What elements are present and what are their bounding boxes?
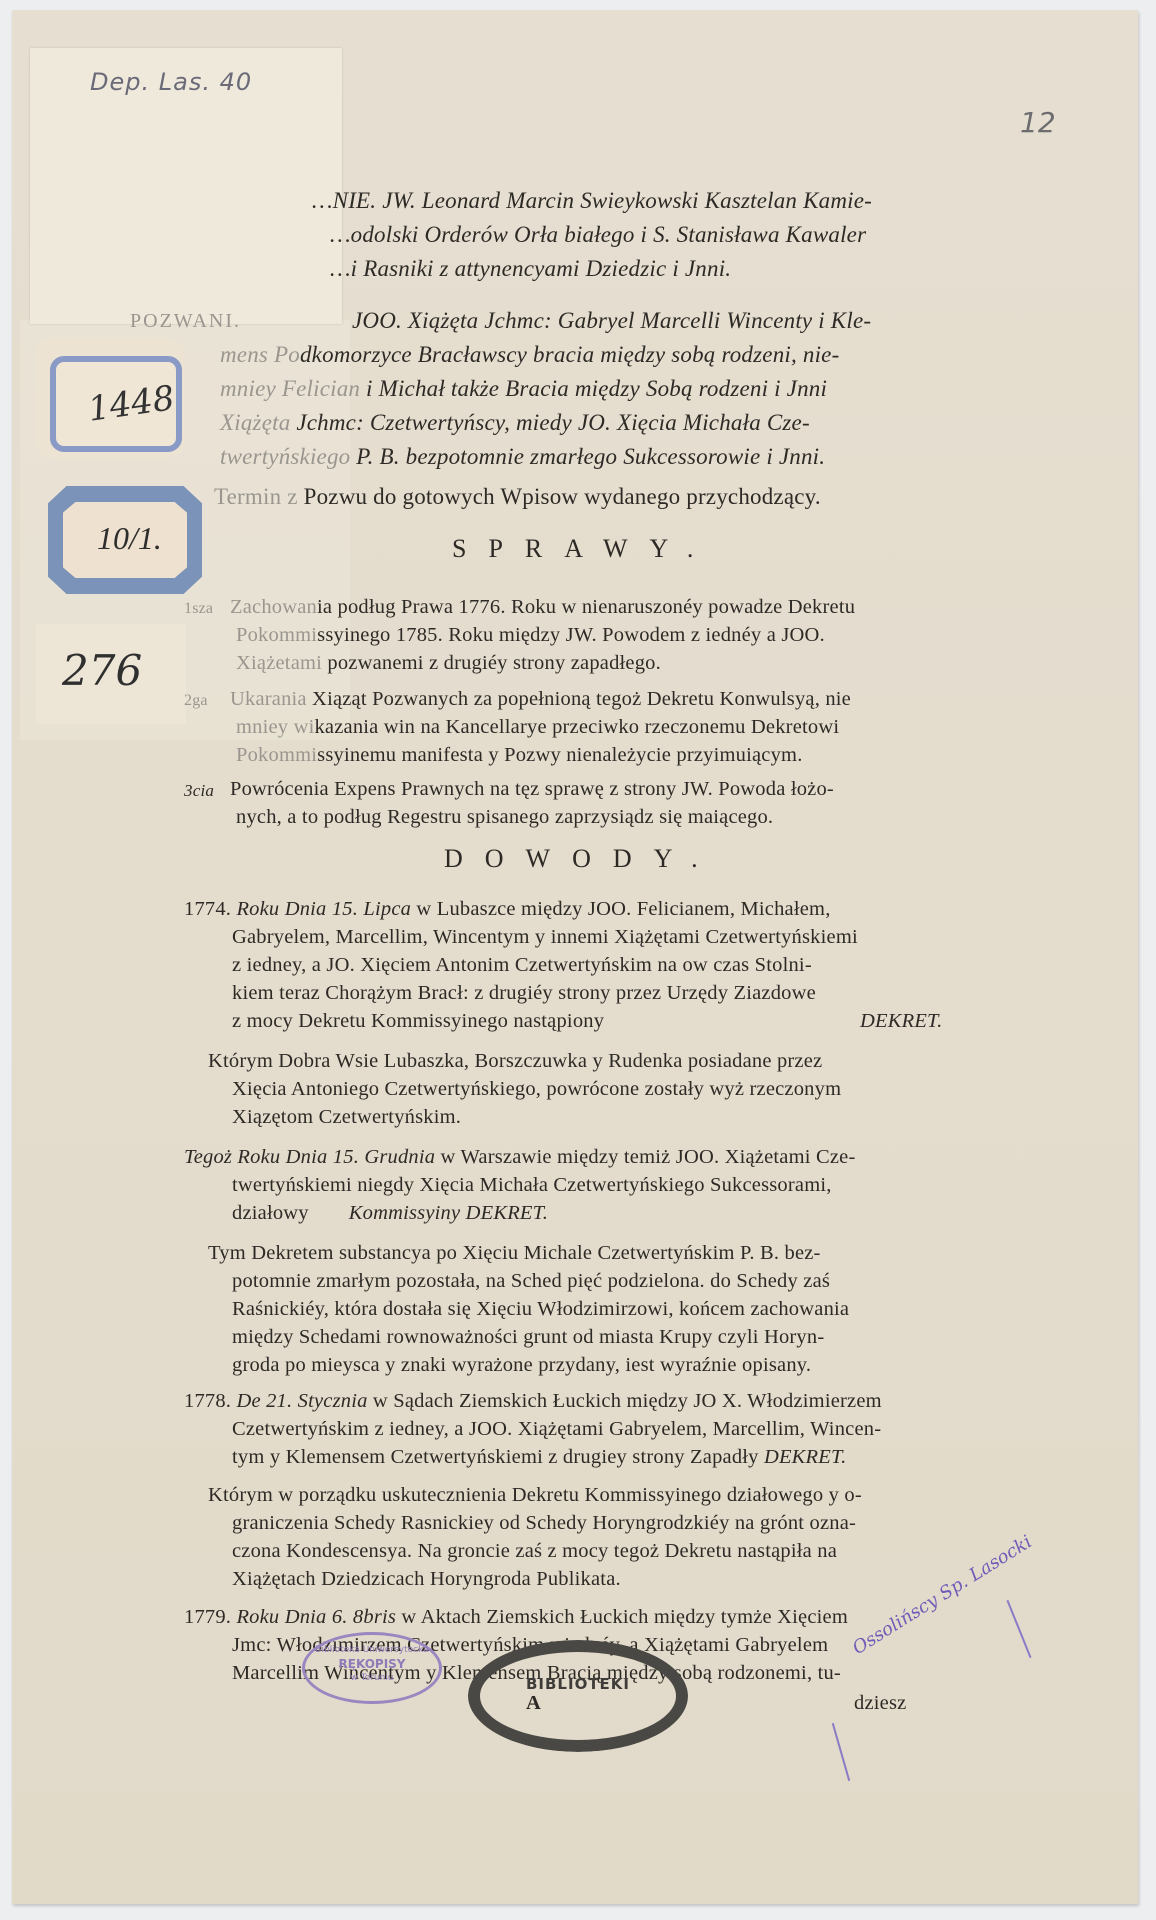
text: w Lubaszce między JOO. Felicianem, Micha… — [411, 898, 830, 920]
date: Roku Dnia 6. 8bris — [236, 1606, 396, 1628]
year: 1779. — [184, 1606, 231, 1628]
section-heading-dowody: DOWODY. — [444, 844, 720, 874]
faded-text: mens Po — [220, 342, 300, 367]
dowod-line: 1774. Roku Dnia 15. Lipca w Lubaszce mię… — [184, 896, 831, 922]
dowod-line: z iedney, a JO. Xięciem Antonim Czetwert… — [232, 952, 812, 978]
text: kazania win na Kancellarye przeciwko rze… — [314, 716, 839, 738]
tag-number: 10/1. — [97, 520, 162, 557]
text: ssyinego 1785. Roku między JW. Powodem z… — [317, 624, 825, 646]
dowod-note: potomnie zmarłym pozostała, na Sched pię… — [232, 1268, 830, 1294]
date: Tegoż Roku Dnia 15. Grudnia — [184, 1146, 435, 1168]
tag-number: 1448 — [86, 378, 177, 430]
faded-text: Xiążęta — [220, 410, 290, 435]
archive-label: Dep. Las. 40 — [30, 48, 342, 324]
dowod-note: graniczenia Schedy Rasnickiey od Schedy … — [232, 1510, 856, 1536]
violet-handwritten-note: Ossolińscy Sp. Lasocki — [849, 1531, 1036, 1659]
plaintiff-line: …NIE. JW. Leonard Marcin Swieykowski Kas… — [312, 188, 872, 214]
sprawa-line: Xiążetami pozwanemi z drugiéy strony zap… — [236, 650, 661, 676]
stamp-text: RĘKOPISY — [305, 1657, 439, 1671]
folio-number: 12 — [1020, 106, 1056, 139]
sprawa-line: Ukarania Xiąząt Pozwanych za popełnioną … — [230, 686, 851, 712]
dowod-note: między Schedami rownoważności grunt od m… — [232, 1324, 824, 1350]
catalog-tag-3: 276 — [36, 624, 186, 724]
defendants-line: twertyńskiego P. B. bezpotomnie zmarłego… — [220, 444, 825, 470]
item-marker: 3cia — [184, 778, 214, 804]
dowod-line: tym y Klemensem Czetwertyńskiemi z drugi… — [232, 1444, 846, 1470]
faded-text: Ukarania — [230, 688, 307, 710]
stamp-text: BIBLIOTEKI — [526, 1675, 630, 1693]
dowod-line: Gabryelem, Marcellim, Wincentym y innemi… — [232, 924, 858, 950]
library-stamp-black: BIBLIOTEKI — [468, 1640, 688, 1752]
dowod-line: 1778. De 21. Stycznia w Sądach Ziemskich… — [184, 1388, 882, 1414]
sprawa-line: Powrócenia Expens Prawnych na tęz sprawę… — [230, 776, 834, 802]
text: w Sądach Ziemskich Łuckich między JO X. … — [368, 1390, 882, 1412]
text: w Warszawie między temiż JOO. Xiążetami … — [435, 1146, 855, 1168]
plaintiff-line: …odolski Orderów Orła białego i S. Stani… — [330, 222, 866, 248]
catchword: dziesz — [854, 1690, 906, 1716]
date: De 21. Stycznia — [236, 1390, 367, 1412]
text: Jchmc: Czetwertyńscy, miedy JO. Xięcia M… — [290, 410, 809, 435]
text: Pozwu do gotowych Wpisow wydanego przych… — [304, 484, 821, 509]
sprawa-line: Pokommissyinemu manifesta y Pozwy nienal… — [236, 742, 803, 768]
text: pozwanemi z drugiéy strony zapadłego. — [322, 652, 661, 674]
tag-number: 276 — [62, 646, 142, 695]
faded-text: Xiążetami — [236, 652, 322, 674]
tag-frame: 1448 — [50, 356, 182, 452]
dowod-note: Raśnickiéy, która dostała się Xięciu Wło… — [232, 1296, 849, 1322]
date: Roku Dnia 15. Lipca — [236, 898, 411, 920]
defendants-line: JOO. Xiążęta Jchmc: Gabryel Marcelli Win… — [352, 308, 871, 334]
dowod-line: działowyKommissyiny DEKRET. — [232, 1200, 548, 1226]
dowod-note: czona Kondescensya. Na groncie zaś z moc… — [232, 1538, 837, 1564]
dowod-line: kiem teraz Chorążym Bracł: z drugiéy str… — [232, 980, 816, 1006]
text: P. B. bezpotomnie zmarłego Sukcessorowie… — [350, 444, 825, 469]
library-stamp-violet: Biblioteka Uniwersytecka RĘKOPISY w Toru… — [302, 1632, 442, 1704]
dowod-line: z mocy Dekretu Kommissyinego nastąpiony — [232, 1008, 604, 1034]
violet-pencil-mark — [832, 1723, 850, 1781]
dowod-note: Którym Dobra Wsie Lubaszka, Borszczuwka … — [208, 1048, 822, 1074]
dowod-note: Xiązętom Czetwertyńskim. — [232, 1104, 461, 1130]
faded-text: mniey Felician — [220, 376, 360, 401]
text: tym y Klemensem Czetwertyńskiemi z drugi… — [232, 1446, 759, 1468]
item-marker: 2ga — [184, 688, 208, 714]
sprawa-line: Pokommissyinego 1785. Roku między JW. Po… — [236, 622, 825, 648]
text: Xiąząt Pozwanych za popełnioną tegoż Dek… — [307, 688, 851, 710]
signature-label: Dep. Las. 40 — [90, 68, 252, 96]
stamp-text: Biblioteka Uniwersytecka — [305, 1643, 439, 1657]
violet-pencil-mark — [1006, 1600, 1031, 1658]
text: ssyinemu manifesta y Pozwy nienależycie … — [317, 744, 802, 766]
text: ia podług Prawa 1776. Roku w nienaruszon… — [317, 596, 855, 618]
section-heading-sprawy: SPRAWY. — [452, 534, 715, 564]
dekret-type: Kommissyiny — [349, 1202, 461, 1224]
dowod-note: Tym Dekretem substancya po Xięciu Michal… — [208, 1240, 821, 1266]
dekret-label: DEKRET. — [860, 1008, 942, 1034]
year: 1774. — [184, 898, 231, 920]
defendants-line: mniey Felician i Michał także Bracia mię… — [220, 376, 827, 402]
sprawa-line: mniey wikazania win na Kancellarye przec… — [236, 714, 839, 740]
dowod-line: twertyńskiemi niegdy Xięcia Michała Czet… — [232, 1172, 832, 1198]
catalog-tag-1: 1448 — [36, 338, 184, 458]
faded-text: Pokommi — [236, 624, 317, 646]
faded-text: twertyńskiego — [220, 444, 350, 469]
item-marker: 1sza — [184, 596, 213, 622]
sprawa-line: Zachowania podług Prawa 1776. Roku w nie… — [230, 594, 855, 620]
defendants-line: Xiążęta Jchmc: Czetwertyńscy, miedy JO. … — [220, 410, 810, 436]
text: i Michał także Bracia między Sobą rodzen… — [360, 376, 827, 401]
faded-text: mniey wi — [236, 716, 314, 738]
text: w Aktach Ziemskich Łuckich między tymże … — [396, 1606, 848, 1628]
plaintiff-line: …i Rasniki z attynencyami Dziedzic i Jnn… — [330, 256, 731, 282]
defendants-label: POZWANI. — [130, 308, 241, 334]
dowod-line: 1779. Roku Dnia 6. 8bris w Aktach Ziemsk… — [184, 1604, 848, 1630]
faded-text: Termin z — [214, 484, 304, 509]
text: dkomorzyce Bracławscy bracia między sobą… — [300, 342, 839, 367]
dowod-line: Tegoż Roku Dnia 15. Grudnia w Warszawie … — [184, 1144, 855, 1170]
dowod-note: Xięcia Antoniego Czetwertyńskiego, powró… — [232, 1076, 841, 1102]
text: działowy — [232, 1202, 309, 1224]
dekret-label: DEKRET. — [764, 1446, 846, 1468]
dowod-note: Xiążętach Dziedzicach Horyngroda Publika… — [232, 1566, 621, 1592]
defendants-line: mens Podkomorzyce Bracławscy bracia międ… — [220, 342, 839, 368]
dekret-label: DEKRET. — [466, 1202, 548, 1224]
stamp-text: w Toruniu — [305, 1671, 439, 1685]
termin-line: Termin z Pozwu do gotowych Wpisow wydane… — [214, 484, 821, 510]
year: 1778. — [184, 1390, 231, 1412]
sprawa-line: nych, a to podług Regestru spisanego zap… — [236, 804, 773, 830]
catalog-tag-2: 10/1. — [48, 486, 202, 594]
tag-inner: 10/1. — [63, 502, 187, 578]
dowod-note: Którym w porządku uskutecznienia Dekretu… — [208, 1482, 862, 1508]
faded-text: Pokommi — [236, 744, 317, 766]
faded-text: Zachowan — [230, 596, 317, 618]
document-page: Dep. Las. 40 12 1448 10/1. 276 …NIE. JW.… — [12, 10, 1138, 1904]
dowod-line: Czetwertyńskim z iedney, a JOO. Xiążętam… — [232, 1416, 881, 1442]
dowod-note: groda po mieysca y znaki wyrażone przyda… — [232, 1352, 811, 1378]
